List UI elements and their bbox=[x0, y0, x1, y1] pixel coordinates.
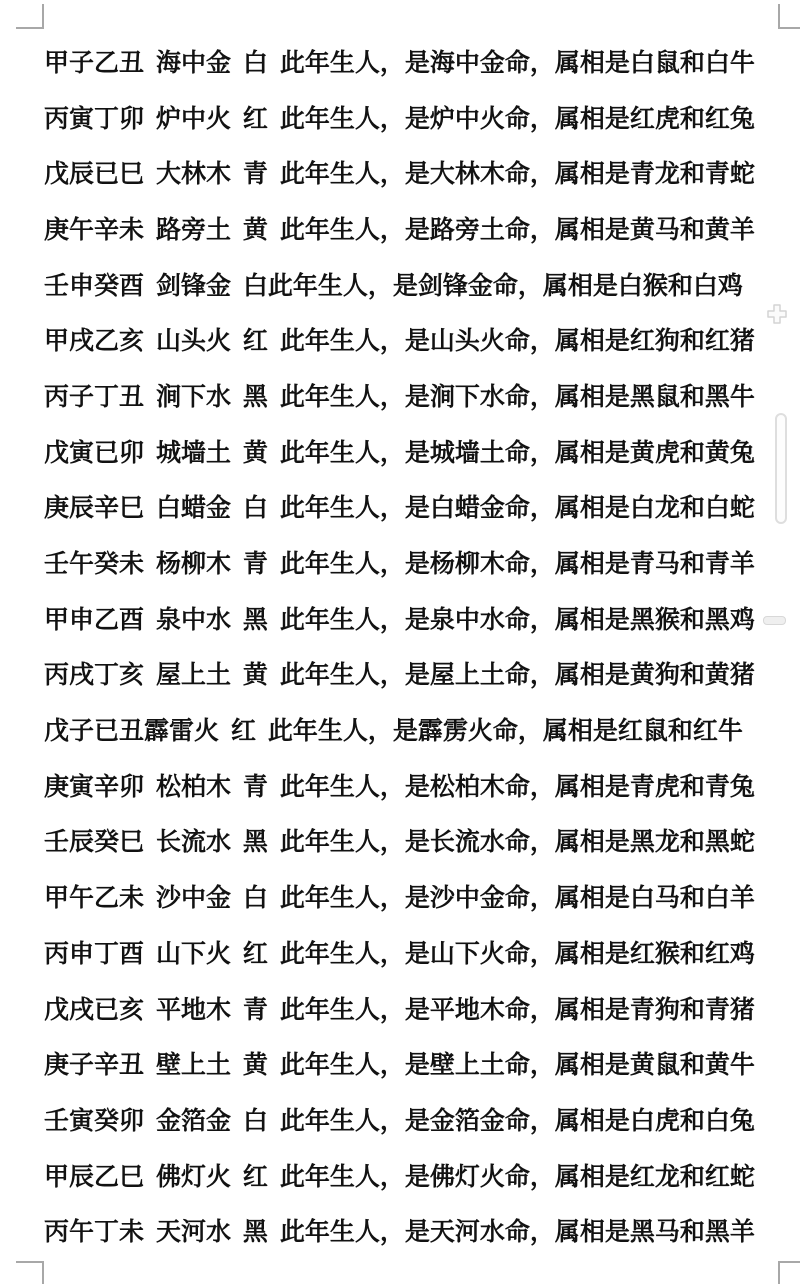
document-line: 甲辰乙巳 佛灯火 红 此年生人，是佛灯火命，属相是红龙和红蛇 bbox=[44, 1147, 780, 1203]
document-line: 丙寅丁卯 炉中火 红 此年生人，是炉中火命，属相是红虎和红兔 bbox=[44, 89, 780, 145]
document-line: 戊寅已卯 城墙土 黄 此年生人，是城墙土命，属相是黄虎和黄兔 bbox=[44, 423, 780, 479]
document-line: 壬午癸未 杨柳木 青 此年生人，是杨柳木命，属相是青马和青羊 bbox=[44, 534, 780, 590]
document-line: 甲申乙酉 泉中水 黑 此年生人，是泉中水命，属相是黑猴和黑鸡 bbox=[44, 590, 780, 646]
document-line: 戊子已丑霹雷火 红 此年生人，是霹雳火命，属相是红鼠和红牛 bbox=[44, 701, 780, 757]
document-line: 庚辰辛巳 白蜡金 白 此年生人，是白蜡金命，属相是白龙和白蛇 bbox=[44, 479, 780, 535]
document-line: 庚寅辛卯 松柏木 青 此年生人，是松柏木命，属相是青虎和青兔 bbox=[44, 757, 780, 813]
document-text: 甲子乙丑 海中金 白 此年生人，是海中金命，属相是白鼠和白牛丙寅丁卯 炉中火 红… bbox=[44, 33, 780, 1258]
document-line: 甲戌乙亥 山头火 红 此年生人，是山头火命，属相是红狗和红猪 bbox=[44, 311, 780, 367]
document-line: 壬辰癸巳 长流水 黑 此年生人，是长流水命，属相是黑龙和黑蛇 bbox=[44, 813, 780, 869]
margin-mark-top-left bbox=[16, 4, 44, 29]
zoom-in-button[interactable] bbox=[766, 303, 788, 325]
document-line: 丙戌丁亥 屋上土 黄 此年生人，是屋上土命，属相是黄狗和黄猪 bbox=[44, 646, 780, 702]
document-line: 丙子丁丑 涧下水 黑 此年生人，是涧下水命，属相是黑鼠和黑牛 bbox=[44, 367, 780, 423]
document-line: 甲午乙未 沙中金 白 此年生人，是沙中金命，属相是白马和白羊 bbox=[44, 868, 780, 924]
plus-icon bbox=[766, 312, 788, 329]
document-line: 庚午辛未 路旁土 黄 此年生人，是路旁土命，属相是黄马和黄羊 bbox=[44, 200, 780, 256]
document-line: 丙申丁酉 山下火 红 此年生人，是山下火命，属相是红猴和红鸡 bbox=[44, 924, 780, 980]
document-line: 甲子乙丑 海中金 白 此年生人，是海中金命，属相是白鼠和白牛 bbox=[44, 33, 780, 89]
document-line: 壬寅癸卯 金箔金 白 此年生人，是金箔金命，属相是白虎和白兔 bbox=[44, 1091, 780, 1147]
document-line: 戊辰已巳 大林木 青 此年生人，是大林木命，属相是青龙和青蛇 bbox=[44, 144, 780, 200]
minus-icon bbox=[763, 616, 786, 625]
margin-mark-top-right bbox=[778, 4, 800, 29]
margin-mark-bottom-right bbox=[778, 1261, 800, 1284]
document-line: 壬申癸酉 剑锋金 白此年生人，是剑锋金命，属相是白猴和白鸡 bbox=[44, 256, 780, 312]
document-page: 甲子乙丑 海中金 白 此年生人，是海中金命，属相是白鼠和白牛丙寅丁卯 炉中火 红… bbox=[0, 0, 800, 1284]
document-line: 庚子辛丑 壁上土 黄 此年生人，是壁上土命，属相是黄鼠和黄牛 bbox=[44, 1035, 780, 1091]
document-line: 戊戌已亥 平地木 青 此年生人，是平地木命，属相是青狗和青猪 bbox=[44, 980, 780, 1036]
document-line: 丙午丁未 天河水 黑 此年生人，是天河水命，属相是黑马和黑羊 bbox=[44, 1202, 780, 1258]
margin-mark-bottom-left bbox=[16, 1261, 44, 1284]
zoom-out-button[interactable] bbox=[763, 616, 786, 625]
scrollbar-thumb[interactable] bbox=[775, 413, 787, 524]
